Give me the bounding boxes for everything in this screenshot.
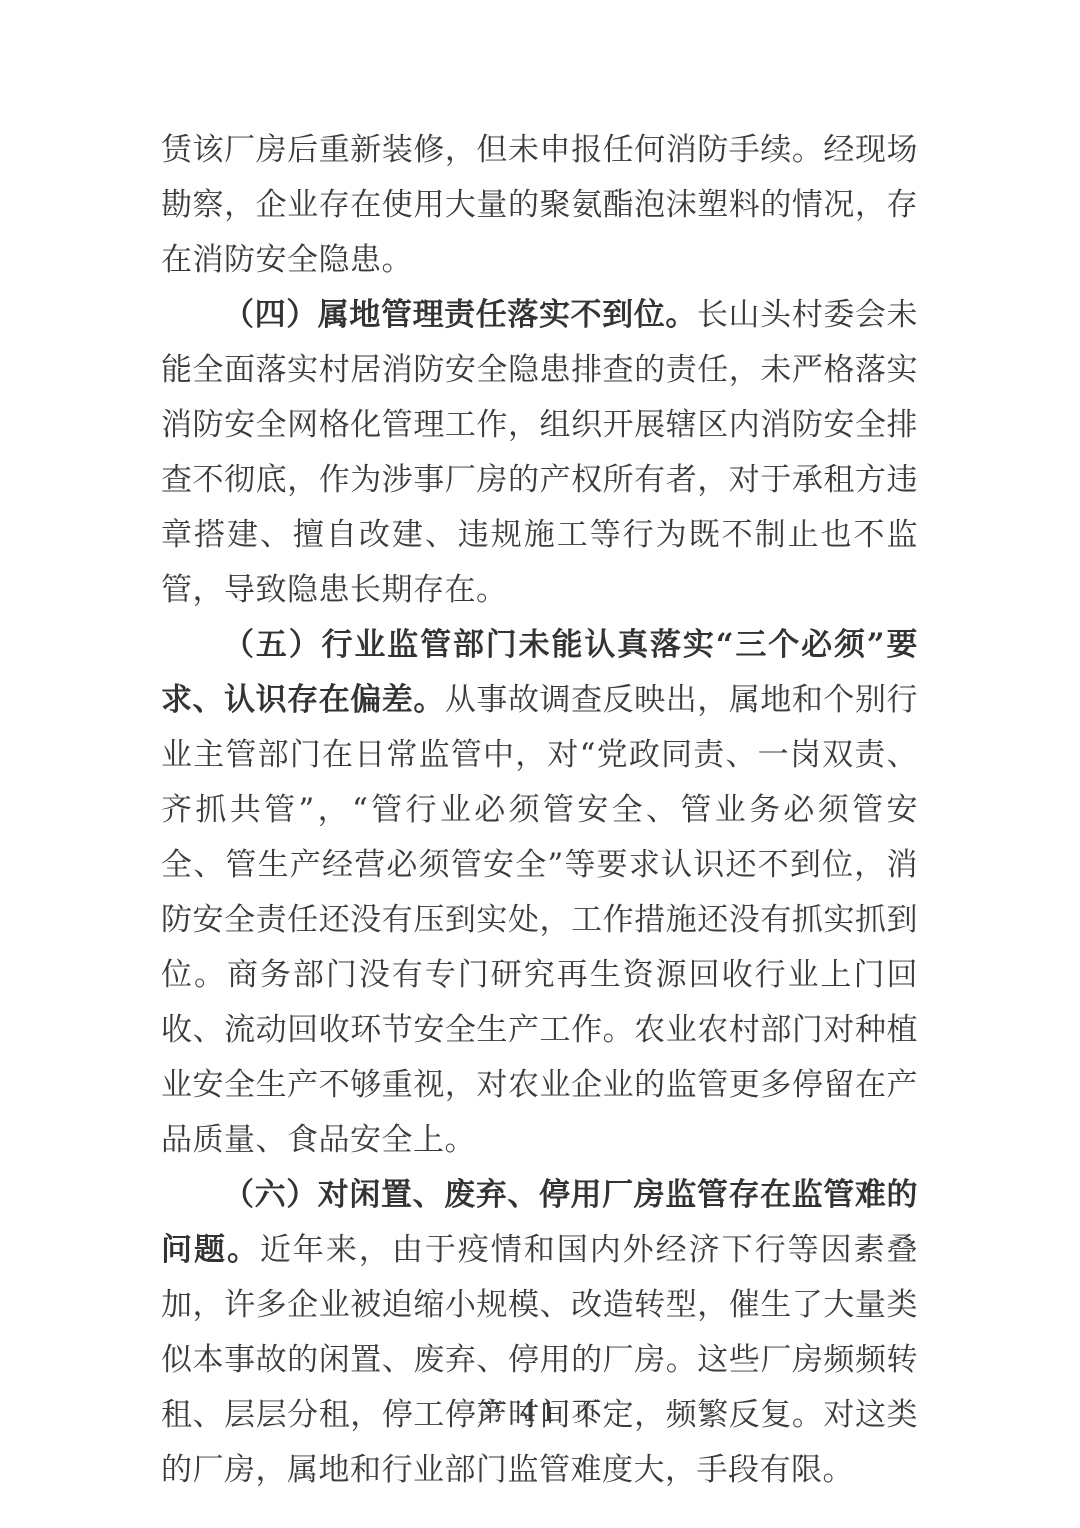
paragraph-section-6: （六）对闲置、废弃、停用厂房监管存在监管难的问题。近年来，由于疫情和国内外经济下… <box>161 1168 918 1498</box>
page-footer: 第 41 页 <box>0 1392 1080 1429</box>
paragraph-continuation: 赁该厂房后重新装修，但未申报任何消防手续。经现场勘察，企业存在使用大量的聚氨酯泡… <box>161 123 918 288</box>
document-page: 赁该厂房后重新装修，但未申报任何消防手续。经现场勘察，企业存在使用大量的聚氨酯泡… <box>0 0 1080 1528</box>
paragraph-text: 长山头村委会未能全面落实村居消防安全隐患排查的责任，未严格落实消防安全网格化管理… <box>161 297 918 608</box>
page-number: 第 41 页 <box>477 1398 603 1428</box>
section-4-heading: （四）属地管理责任落实不到位。 <box>223 297 697 333</box>
document-body: 赁该厂房后重新装修，但未申报任何消防手续。经现场勘察，企业存在使用大量的聚氨酯泡… <box>161 123 918 1498</box>
paragraph-text: 从事故调查反映出，属地和个别行业主管部门在日常监管中，对“党政同责、一岗双责、齐… <box>161 682 918 1158</box>
paragraph-section-5: （五）行业监管部门未能认真落实“三个必须”要求、认识存在偏差。从事故调查反映出，… <box>161 618 918 1168</box>
paragraph-section-4: （四）属地管理责任落实不到位。长山头村委会未能全面落实村居消防安全隐患排查的责任… <box>161 288 918 618</box>
paragraph-text: 近年来，由于疫情和国内外经济下行等因素叠加，许多企业被迫缩小规模、改造转型，催生… <box>161 1232 918 1488</box>
paragraph-text: 赁该厂房后重新装修，但未申报任何消防手续。经现场勘察，企业存在使用大量的聚氨酯泡… <box>161 132 918 278</box>
